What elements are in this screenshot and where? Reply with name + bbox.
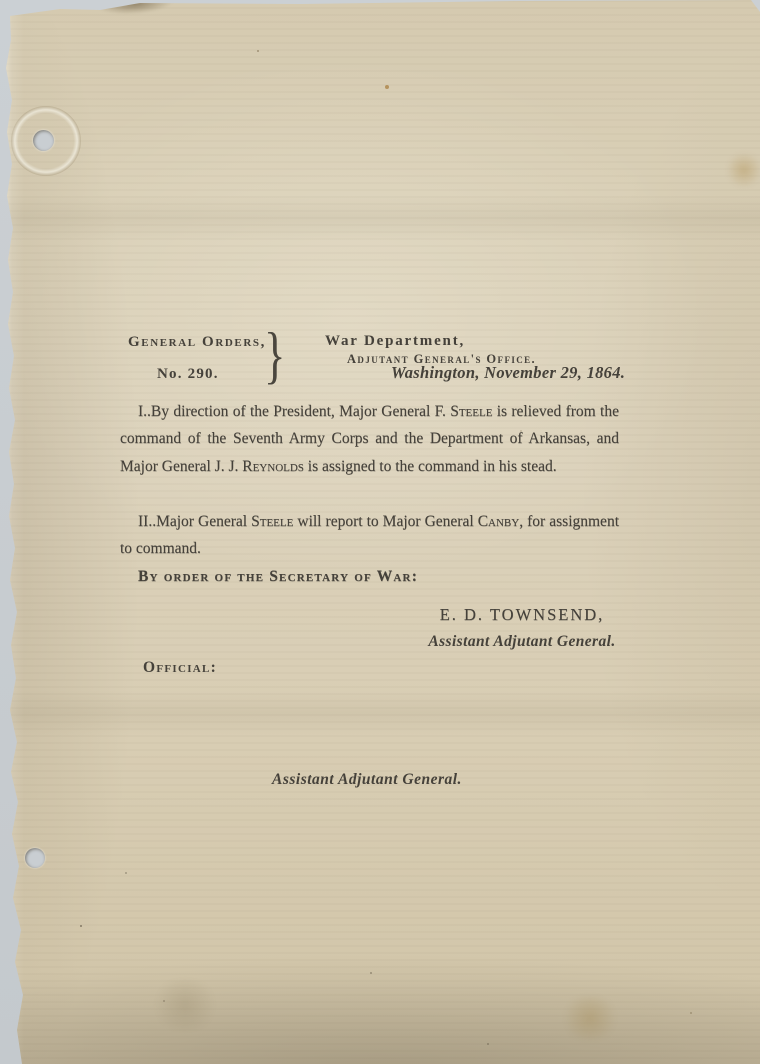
header-general-orders: General Orders,: [128, 334, 266, 351]
document-paper: General Orders, No. 290. } War Departmen…: [0, 0, 760, 1064]
paragraph-1-text: is assigned to the command in his stead.: [304, 458, 557, 475]
name-reynolds: Reynolds: [242, 458, 304, 475]
paper-specks: [0, 0, 2, 2]
footer-signature-title: Assistant Adjutant General.: [272, 771, 462, 789]
document-content: General Orders, No. 290. } War Departmen…: [0, 0, 760, 1064]
official-label: Official:: [143, 659, 217, 677]
paragraph-2-text: Major General: [156, 513, 251, 530]
header-dateline: Washington, November 29, 1864.: [391, 363, 625, 383]
name-steele: Steele: [251, 513, 293, 530]
scan-background: General Orders, No. 290. } War Departmen…: [0, 0, 760, 1064]
signature-title: Assistant Adjutant General.: [412, 628, 632, 655]
header-order-number: No. 290.: [157, 366, 219, 383]
by-order-line: By order of the Secretary of War:: [120, 563, 619, 590]
header-war-department: War Department,: [325, 333, 465, 350]
paragraph-1: I..By direction of the President, Major …: [120, 398, 619, 480]
signature-name: E. D. TOWNSEND,: [412, 601, 632, 628]
signature-block: E. D. TOWNSEND, Assistant Adjutant Gener…: [412, 601, 632, 655]
header-brace-glyph: }: [264, 324, 285, 387]
paragraph-1-numeral: I..: [138, 403, 151, 420]
name-steele: Steele: [450, 403, 492, 420]
paragraph-2-text: will report to Major General: [293, 513, 477, 530]
name-canby: Canby: [478, 513, 520, 530]
paragraph-1-text: By direction of the President, Major Gen…: [151, 403, 450, 420]
paragraph-2: II..Major General Steele will report to …: [120, 508, 619, 563]
paragraph-2-numeral: II..: [138, 513, 156, 530]
